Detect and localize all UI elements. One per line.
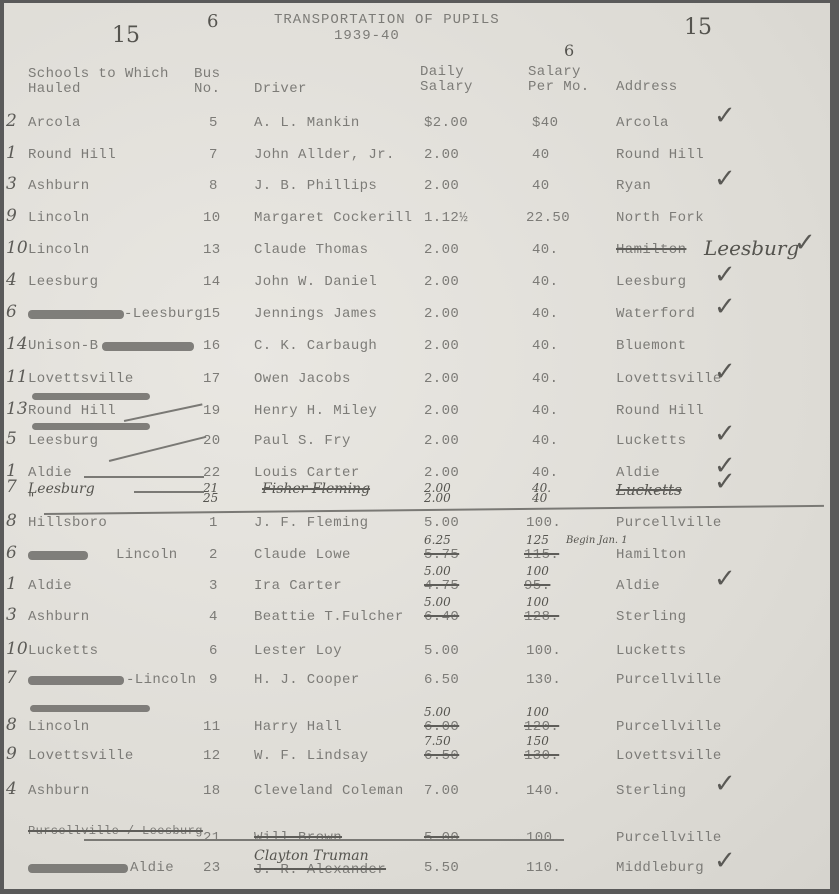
monthly-salary: 100. (526, 830, 561, 846)
monthly-salary: $40 (532, 115, 558, 131)
monthly-salary: 40. (532, 274, 558, 290)
daily-salary: 2.00 (424, 338, 459, 354)
school-name: Ashburn (28, 178, 90, 194)
redaction-mark (32, 393, 150, 400)
driver-name: Jennings James (254, 306, 377, 322)
driver-name: Ira Carter (254, 578, 342, 594)
row-index-mark: 4 (6, 270, 17, 290)
address: Round Hill (616, 147, 704, 163)
hand-drawn-line (84, 476, 204, 478)
school-name: Lovettsville (28, 371, 134, 387)
school-name: Lucketts (28, 643, 98, 659)
row-index-mark: 7 (6, 668, 17, 688)
monthly-salary: 40 (532, 491, 547, 505)
redaction-mark (32, 423, 150, 430)
monthly-salary: 130. (526, 672, 561, 688)
address: Middleburg (616, 860, 704, 876)
address: Hamilton (616, 242, 686, 258)
row-index-mark: 2 (6, 111, 17, 131)
header-monthly: Per Mo. (528, 79, 590, 95)
daily-salary-corrected: 6.25 (424, 533, 451, 547)
bus-number: 10 (203, 210, 221, 226)
daily-salary-struck: 5.75 (424, 547, 459, 563)
address: Purcellville (616, 719, 722, 735)
driver-name: Beattie T.Fulcher (254, 609, 404, 625)
row-index-mark: 3 (6, 605, 17, 625)
bus-number: 13 (203, 242, 221, 258)
driver-name: Cleveland Coleman (254, 783, 404, 799)
daily-salary: 2.00 (424, 465, 459, 481)
school-name: Leesburg (28, 274, 98, 290)
address: Lucketts (616, 481, 682, 499)
bus-number: 4 (209, 609, 218, 625)
address: Waterford (616, 306, 695, 322)
daily-salary-struck: 6.00 (424, 719, 459, 735)
checkmark-icon: ✓ (714, 769, 736, 799)
row-index-mark: 8 (6, 715, 17, 735)
checkmark-icon: ✓ (714, 292, 736, 322)
redaction-mark (28, 551, 88, 560)
school-name: Unison-B (28, 338, 98, 354)
monthly-salary-corrected: 100 (526, 595, 549, 609)
daily-salary: 7.00 (424, 783, 459, 799)
monthly-salary-corrected: 100 (526, 705, 549, 719)
school-name: Hillsboro (28, 515, 107, 531)
school-name: Ashburn (28, 609, 90, 625)
school-name: Round Hill (28, 403, 116, 419)
driver-name-struck: J. R. Alexander (254, 862, 386, 878)
driver-name: Margaret Cockerill (254, 210, 412, 226)
monthly-salary: 40. (532, 371, 558, 387)
daily-salary-corrected: 5.00 (424, 705, 451, 719)
bus-number: 7 (209, 147, 218, 163)
address: Lucketts (616, 433, 686, 449)
daily-salary: 5.50 (424, 860, 459, 876)
address: Sterling (616, 609, 686, 625)
header-bus: No. (194, 81, 220, 97)
school-name: -Leesburg (124, 306, 203, 322)
school-name: Lovettsville (28, 748, 134, 764)
driver-name: John W. Daniel (254, 274, 377, 290)
bus-number: 9 (209, 672, 218, 688)
bus-number: 15 (203, 306, 221, 322)
document-title: TRANSPORTATION OF PUPILS (274, 12, 500, 28)
row-index-mark: 6 (6, 302, 17, 322)
address: Hamilton (616, 547, 686, 563)
row-index-mark: 7 (6, 477, 17, 497)
monthly-salary-struck: 130. (524, 748, 559, 764)
bus-number: 2 (209, 547, 218, 563)
address: Aldie (616, 465, 660, 481)
monthly-salary: 40 (532, 178, 550, 194)
row-index-mark: 13 (6, 399, 28, 419)
address: Sterling (616, 783, 686, 799)
bus-number: 1 (209, 515, 218, 531)
daily-salary: 2.00 (424, 491, 451, 505)
address: Round Hill (616, 403, 704, 419)
school-name: Lincoln (116, 547, 178, 563)
address: Lucketts (616, 643, 686, 659)
row-index-mark: 4 (6, 779, 17, 799)
monthly-salary: 40. (532, 465, 558, 481)
bus-number: 14 (203, 274, 221, 290)
header-address: Address (616, 79, 678, 95)
daily-salary: 6.50 (424, 672, 459, 688)
daily-salary: 2.00 (424, 242, 459, 258)
handwritten-note: Begin Jan. 1 (566, 535, 628, 546)
school-name: Aldie (28, 578, 72, 594)
margin-note: 6 (564, 41, 574, 60)
monthly-salary: 110. (526, 860, 561, 876)
daily-salary: 2.00 (424, 147, 459, 163)
bus-number: 3 (209, 578, 218, 594)
margin-note: 15 (684, 15, 712, 40)
daily-salary: 5.00 (424, 643, 459, 659)
monthly-salary: 40. (532, 338, 558, 354)
address: Purcellville (616, 830, 722, 846)
redaction-mark (102, 342, 194, 351)
address-handwritten: Leesburg (704, 236, 799, 260)
row-index-mark: 14 (6, 334, 28, 354)
address: Leesburg (616, 274, 686, 290)
checkmark-icon: ✓ (714, 357, 736, 387)
monthly-salary-struck: 95. (524, 578, 550, 594)
school-name: Leesburg (28, 433, 98, 449)
school-name: Aldie (28, 465, 72, 481)
monthly-salary: 40. (532, 242, 558, 258)
checkmark-icon: ✓ (714, 260, 736, 290)
driver-name: H. J. Cooper (254, 672, 360, 688)
bus-number: 11 (203, 719, 221, 735)
row-index-mark: 3 (6, 174, 17, 194)
school-name: " (28, 491, 34, 507)
bus-number: 21 (203, 830, 221, 846)
daily-salary-corrected: 5.00 (424, 564, 451, 578)
row-index-mark: 10 (6, 639, 28, 659)
driver-name: C. K. Carbaugh (254, 338, 377, 354)
driver-name: A. L. Mankin (254, 115, 360, 131)
row-index-mark: 1 (6, 574, 17, 594)
daily-salary: 2.00 (424, 403, 459, 419)
school-name: Leesburg (28, 481, 95, 497)
monthly-salary: 22.50 (526, 210, 570, 226)
daily-salary: 2.00 (424, 371, 459, 387)
redaction-mark (28, 676, 124, 685)
driver-name: W. F. Lindsay (254, 748, 368, 764)
daily-salary-struck: 6.50 (424, 748, 459, 764)
daily-salary: 2.00 (424, 274, 459, 290)
bus-number: 17 (203, 371, 221, 387)
hand-drawn-line (84, 839, 564, 841)
bus-number: 6 (209, 643, 218, 659)
hand-drawn-line (44, 505, 824, 515)
bus-number: 5 (209, 115, 218, 131)
row-index-mark: 10 (6, 238, 28, 258)
bus-number: 25 (203, 491, 218, 505)
driver-name: J. B. Phillips (254, 178, 377, 194)
monthly-salary: 140. (526, 783, 561, 799)
school-name: Round Hill (28, 147, 116, 163)
daily-salary: 2.00 (424, 178, 459, 194)
monthly-salary: 40 (532, 147, 550, 163)
address: Ryan (616, 178, 651, 194)
address: Aldie (616, 578, 660, 594)
daily-salary-corrected: 7.50 (424, 734, 451, 748)
daily-salary: 5.00 (424, 515, 459, 531)
daily-salary: 2.00 (424, 433, 459, 449)
driver-name: J. F. Fleming (254, 515, 368, 531)
driver-name: Harry Hall (254, 719, 342, 735)
row-index-mark: 6 (6, 543, 17, 563)
school-name: Lincoln (28, 210, 90, 226)
daily-salary-struck: 4.75 (424, 578, 459, 594)
driver-name: Fisher Fleming (262, 481, 370, 497)
address: Lovettsville (616, 748, 722, 764)
header-monthly: Salary (528, 64, 581, 80)
hand-drawn-line (109, 436, 206, 462)
checkmark-icon: ✓ (714, 164, 736, 194)
header-daily: Salary (420, 79, 473, 95)
monthly-salary-struck: 120. (524, 719, 559, 735)
monthly-salary-corrected: 150 (526, 734, 549, 748)
driver-name: John Allder, Jr. (254, 147, 395, 163)
row-index-mark: 11 (6, 367, 28, 387)
redaction-mark (30, 705, 150, 712)
bus-number: 22 (203, 465, 221, 481)
driver-name: Henry H. Miley (254, 403, 377, 419)
document-year: 1939-40 (334, 28, 400, 44)
hand-drawn-line (124, 403, 203, 421)
driver-name: Claude Lowe (254, 547, 351, 563)
header-school: Schools to Which (28, 66, 169, 82)
school-name: -Lincoln (126, 672, 196, 688)
bus-number: 12 (203, 748, 221, 764)
monthly-salary-struck: 115. (524, 547, 559, 563)
driver-name: Will Brown (254, 830, 342, 846)
checkmark-icon: ✓ (714, 419, 736, 449)
monthly-salary: 40. (532, 433, 558, 449)
address: Arcola (616, 115, 669, 131)
school-name: Lincoln (28, 719, 90, 735)
bus-number: 8 (209, 178, 218, 194)
driver-name: Louis Carter (254, 465, 360, 481)
monthly-salary: 40. (532, 306, 558, 322)
row-index-mark: 8 (6, 511, 17, 531)
checkmark-icon: ✓ (794, 228, 816, 258)
redaction-mark (28, 310, 124, 319)
row-index-mark: 9 (6, 744, 17, 764)
address: Bluemont (616, 338, 686, 354)
margin-note: 6 (207, 11, 218, 32)
address: Purcellville (616, 672, 722, 688)
driver-name: Lester Loy (254, 643, 342, 659)
driver-name: Owen Jacobs (254, 371, 351, 387)
daily-salary-corrected: 5.00 (424, 595, 451, 609)
margin-note: 15 (112, 23, 140, 48)
row-index-mark: 9 (6, 206, 17, 226)
header-driver: Driver (254, 81, 307, 97)
header-daily: Daily (420, 64, 464, 80)
checkmark-icon: ✓ (714, 846, 736, 876)
header-school: Hauled (28, 81, 81, 97)
row-index-mark: 5 (6, 429, 17, 449)
daily-salary: $2.00 (424, 115, 468, 131)
bus-number: 23 (203, 860, 221, 876)
monthly-salary-corrected: 125 (526, 533, 549, 547)
monthly-salary-struck: 128. (524, 609, 559, 625)
daily-salary-struck: 6.40 (424, 609, 459, 625)
hand-drawn-line (134, 491, 204, 493)
bus-number: 18 (203, 783, 221, 799)
monthly-salary: 40. (532, 403, 558, 419)
address: Purcellville (616, 515, 722, 531)
checkmark-icon: ✓ (714, 101, 736, 131)
daily-salary: 5.00 (424, 830, 459, 846)
daily-salary: 2.00 (424, 306, 459, 322)
document-page: TRANSPORTATION OF PUPILS1939-40156156Sch… (4, 3, 830, 889)
header-bus: Bus (194, 66, 220, 82)
monthly-salary: 100. (526, 643, 561, 659)
bus-number: 16 (203, 338, 221, 354)
driver-name: Claude Thomas (254, 242, 368, 258)
school-name: Purcellville / Leesburg (28, 824, 203, 838)
school-name: Aldie (130, 860, 174, 876)
address: North Fork (616, 210, 704, 226)
row-index-mark: 1 (6, 143, 17, 163)
school-name: Arcola (28, 115, 81, 131)
school-name: Ashburn (28, 783, 90, 799)
bus-number: 19 (203, 403, 221, 419)
monthly-salary-corrected: 100 (526, 564, 549, 578)
monthly-salary: 100. (526, 515, 561, 531)
address: Lovettsville (616, 371, 722, 387)
driver-name: Paul S. Fry (254, 433, 351, 449)
checkmark-icon: ✓ (714, 467, 736, 497)
daily-salary: 1.12½ (424, 210, 468, 226)
redaction-mark (28, 864, 128, 873)
checkmark-icon: ✓ (714, 564, 736, 594)
school-name: Lincoln (28, 242, 90, 258)
